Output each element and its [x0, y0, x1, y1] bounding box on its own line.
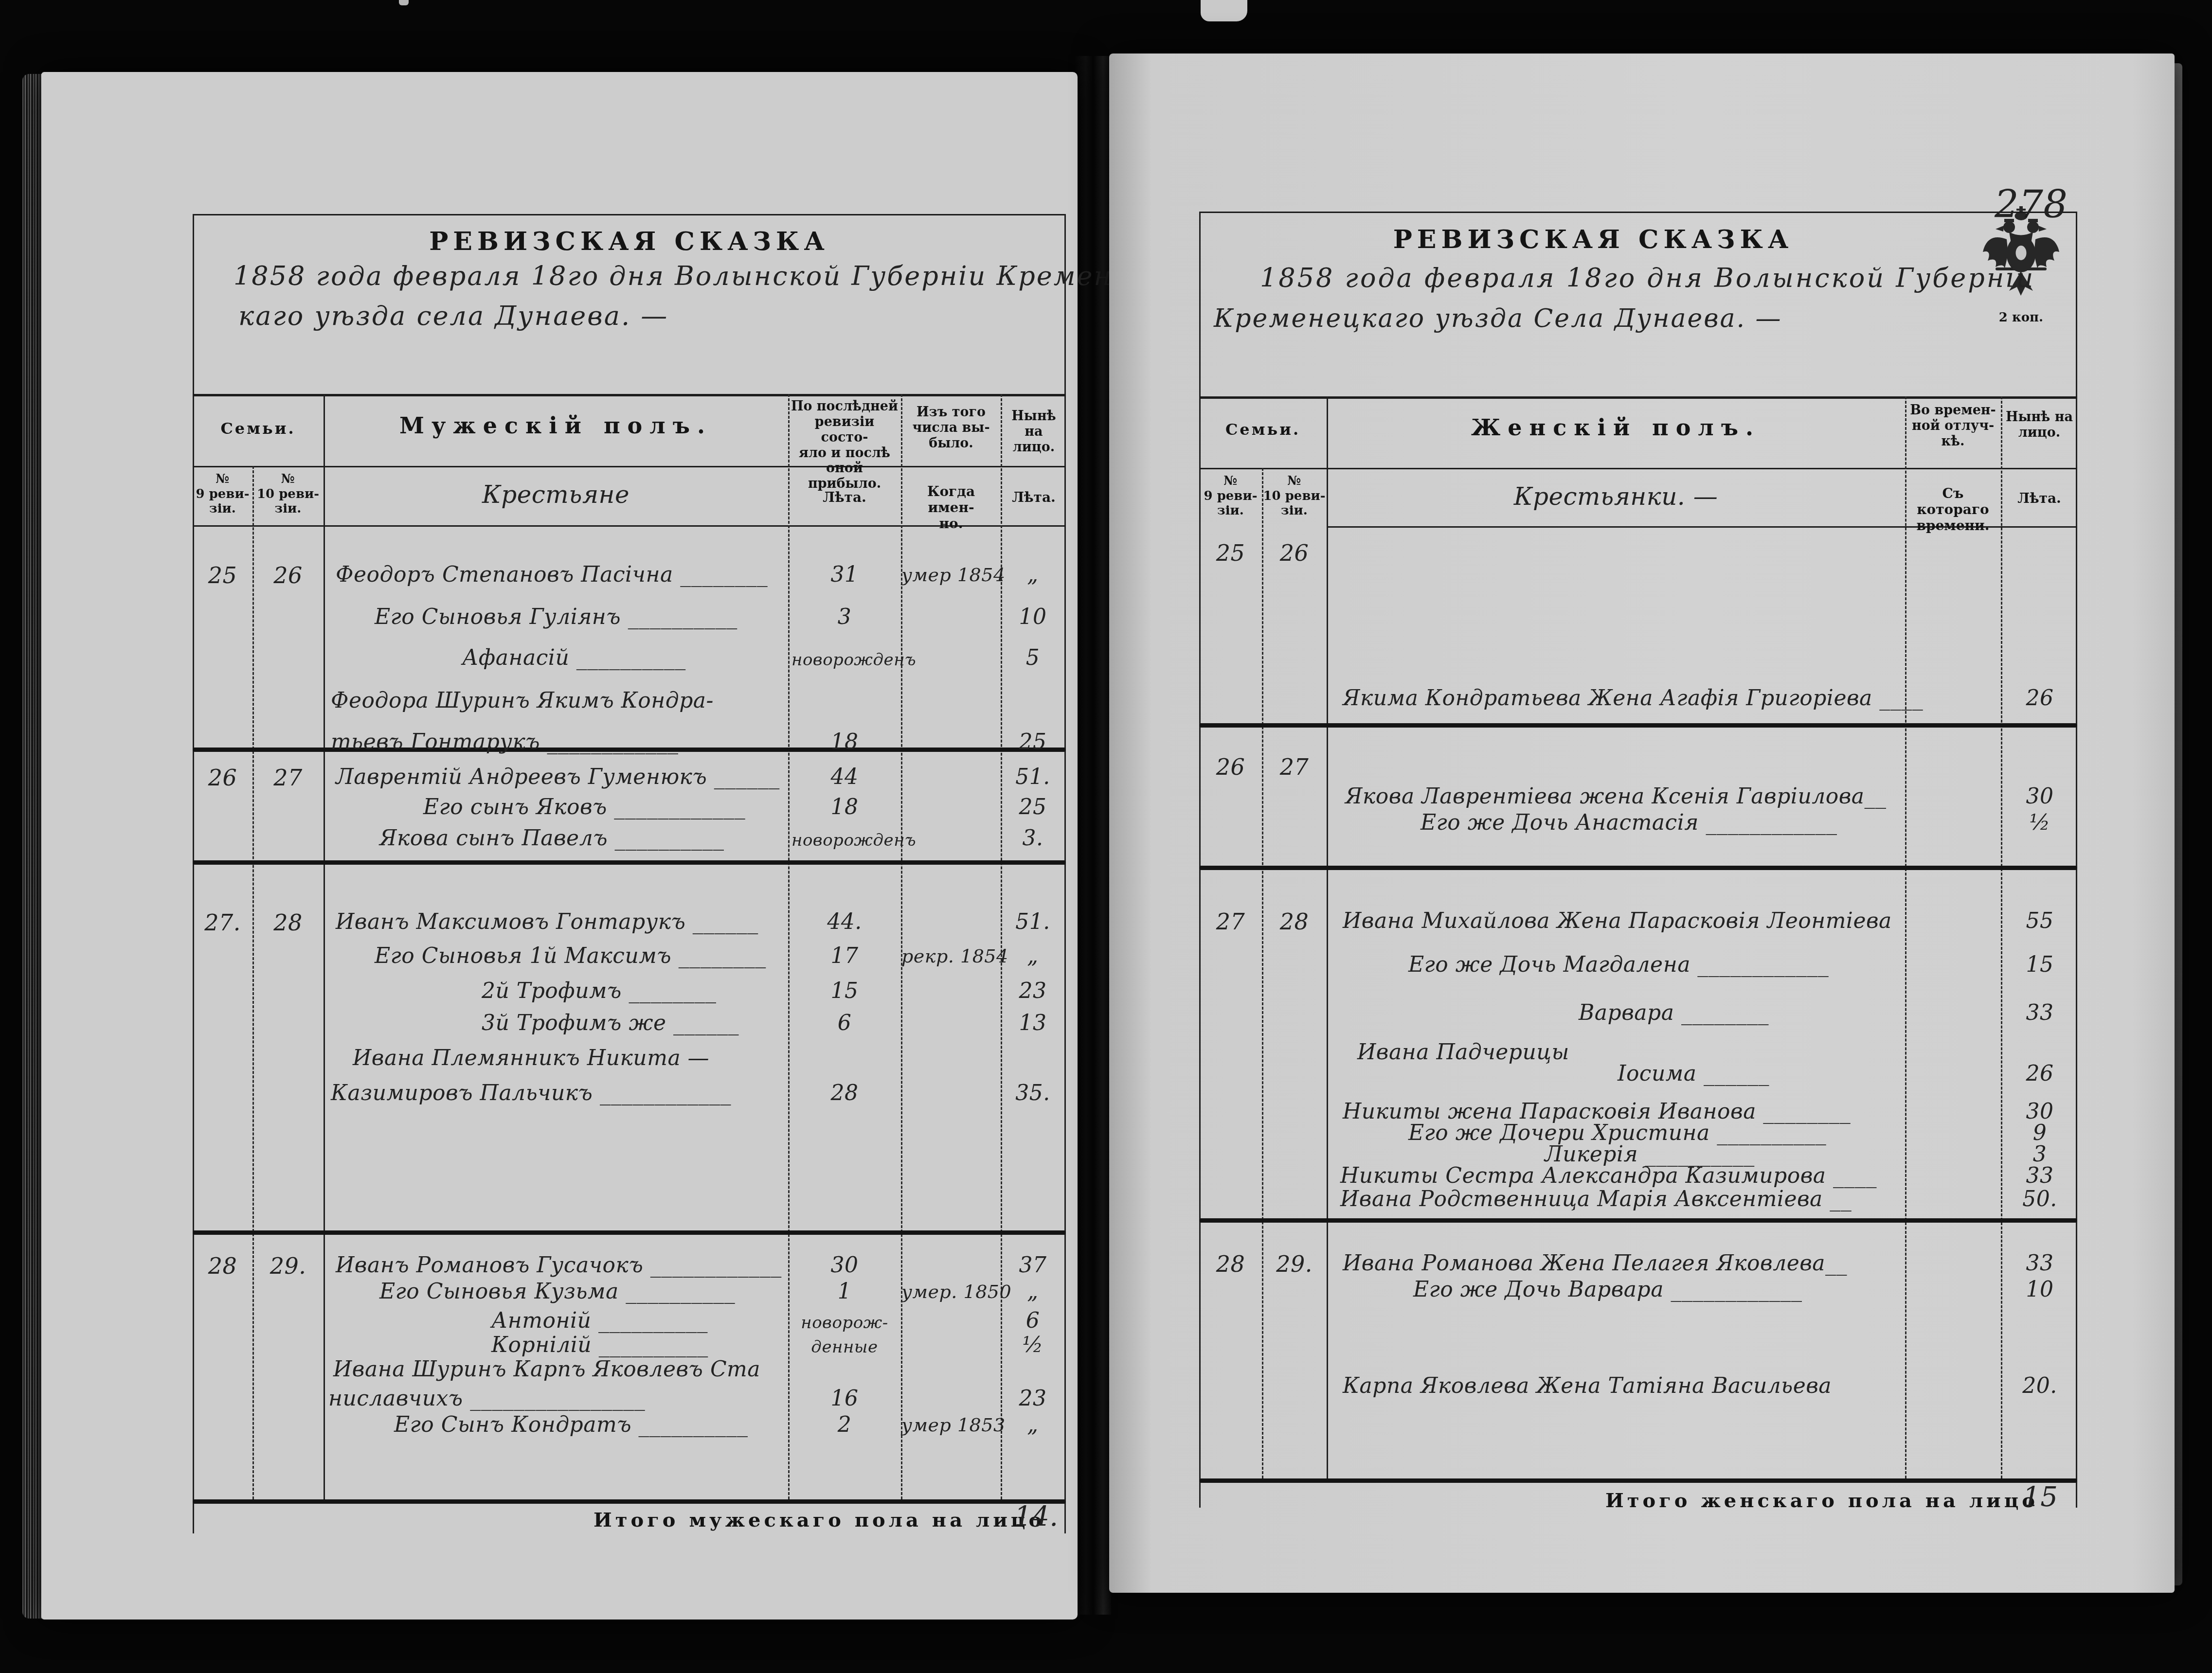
- age-now: „: [1002, 1279, 1064, 1304]
- person-name: Якова Лаврентіева жена Ксенія Гавріилова…: [1345, 784, 1887, 809]
- person-name: Его же Дочь Магдалена ____________: [1408, 952, 1829, 977]
- column-header-sex: Мужескій полъ.: [324, 412, 788, 439]
- heading-line: каго уѣзда села Дунаева. —: [238, 301, 668, 331]
- subheader-years: Лѣта.: [2003, 490, 2075, 506]
- column-header-rev9: № 9 реви- зіи.: [1199, 474, 1262, 518]
- person-name: Якима Кондратьева Жена Агафія Григоріева…: [1343, 686, 1923, 711]
- person-name: тьевъ Гонтарукъ ____________: [331, 730, 678, 754]
- age-now: 51.: [1002, 765, 1064, 789]
- subheader-years: Лѣта.: [791, 489, 899, 505]
- table-row: Варвара ________ 33: [1109, 1000, 2175, 1035]
- age-now: 10: [1002, 605, 1064, 629]
- table-bottom-border: [193, 1499, 1066, 1504]
- age-now: 6: [1002, 1308, 1064, 1333]
- stamp-caption: 2 коп.: [1981, 310, 2061, 325]
- page-title: РЕВИЗСКАЯ СКАЗКА: [193, 227, 1066, 256]
- totals-value: 15: [2023, 1481, 2058, 1513]
- person-name: Карпа Яковлева Жена Татіяна Васильева: [1343, 1373, 1832, 1398]
- table-row: тьевъ Гонтарукъ ____________ 18 25: [41, 730, 1078, 765]
- age-now: 25: [1002, 795, 1064, 819]
- subheader-since-when: Съ котораго времени.: [1907, 485, 1998, 534]
- fore-edge-left: [22, 74, 43, 1619]
- person-name: Корнілій __________: [491, 1333, 708, 1357]
- person-name: Феодоръ Степановъ Пасічна ________: [336, 562, 768, 587]
- age-last-revision: 44.: [791, 909, 898, 934]
- column-header-departed: Изъ того числа вы- было.: [903, 405, 999, 451]
- age-now: 23: [1002, 1386, 1064, 1411]
- age-now: 13: [1002, 1011, 1064, 1035]
- heading-line: 1858 года февраля 18го дня Волынской Губ…: [1260, 263, 2035, 293]
- person-name: Его Сыновья Кузьма __________: [379, 1279, 735, 1304]
- age-last-revision: 28: [791, 1081, 898, 1105]
- table-row: Его сынъ Яковъ ____________ 18 25: [41, 795, 1078, 830]
- heading-line: Кременецкаго уѣзда Села Дунаева. —: [1214, 304, 1782, 333]
- frame-left-border: [1199, 212, 1201, 1508]
- table-row: Его же Дочь Анастасія ____________ ½: [1109, 810, 2175, 845]
- age-last-revision: 31: [791, 562, 898, 587]
- person-name: Антоній __________: [491, 1308, 708, 1333]
- heading-line: 1858 года февраля 18го дня Волынской Губ…: [234, 261, 1160, 291]
- age-last-revision: 17: [791, 943, 898, 968]
- age-last-revision: 2: [791, 1412, 898, 1437]
- paper-speck-top-left: [399, 0, 409, 5]
- person-name: Феодора Шуринъ Якимъ Кондра-: [331, 688, 714, 713]
- table-row: 2й Трофимъ ________ 15 23: [41, 979, 1078, 1014]
- person-name: Ивана Шуринъ Карпъ Яковлевъ Ста: [333, 1357, 760, 1382]
- right-page-female-census: 278 2 коп. РЕВИЗСКАЯ СКАЗКА 1858 года фе…: [1109, 53, 2175, 1593]
- age-now: 25: [1002, 730, 1064, 754]
- page-title: РЕВИЗСКАЯ СКАЗКА: [1199, 225, 1987, 254]
- table-row: Іосима ______ 26: [1109, 1061, 2175, 1096]
- family-number-10th: 26: [1263, 540, 1325, 566]
- table-row: Афанасій __________ новорожденъ 5: [41, 645, 1078, 680]
- column-header-family: Семьи.: [193, 419, 324, 438]
- age-last-revision: 18: [791, 795, 898, 819]
- totals-label: Итого женскаго пола на лицо: [1605, 1489, 2038, 1512]
- age-now: 3.: [1002, 826, 1064, 851]
- person-name: Ивана Романова Жена Пелагея Яковлева__: [1343, 1251, 1847, 1276]
- person-name: Его Сынъ Кондратъ __________: [394, 1412, 748, 1437]
- table-bottom-border: [1199, 1478, 2077, 1483]
- age-now: 50.: [2004, 1187, 2075, 1211]
- age-now: 20.: [2004, 1373, 2075, 1398]
- totals-value: 14.: [1014, 1501, 1059, 1532]
- age-last-revision: новорож-: [791, 1313, 898, 1333]
- table-row: Феодоръ Степановъ Пасічна ________ 31 ум…: [41, 562, 1078, 597]
- age-last-revision: новорожденъ: [791, 831, 898, 850]
- column-header-now-present: Нынѣ на лицо.: [2003, 409, 2075, 441]
- age-now: „: [1002, 943, 1064, 968]
- age-last-revision: 16: [791, 1386, 898, 1411]
- age-now: ½: [2004, 810, 2075, 835]
- age-now: 37: [1002, 1253, 1064, 1278]
- person-name: Казимировъ Пальчикъ ____________: [331, 1081, 731, 1105]
- table-row: Якова сынъ Павелъ __________ новорожденъ…: [41, 826, 1078, 861]
- column-header-rev9: № 9 реви- зіи.: [193, 472, 252, 516]
- departure-note: умер. 1850: [901, 1281, 1000, 1302]
- frame-top-rule: [1199, 212, 2077, 213]
- age-now: 33: [2004, 1000, 2075, 1025]
- person-name: Его сынъ Яковъ ____________: [423, 795, 745, 819]
- column-header-temp-absence: Во времен- ной отлуч- кѣ.: [1907, 403, 1998, 449]
- age-now: 33: [2004, 1251, 2075, 1276]
- person-name: Иванъ Максимовъ Гонтарукъ ______: [336, 909, 758, 934]
- frame-right-border: [2076, 212, 2077, 1508]
- age-last-revision: 1: [791, 1279, 898, 1304]
- age-last-revision: 18: [791, 730, 898, 754]
- age-now: 23: [1002, 979, 1064, 1003]
- age-now: 5: [1002, 645, 1064, 670]
- age-now: 33: [2004, 1163, 2075, 1188]
- left-page-male-census: РЕВИЗСКАЯ СКАЗКА 1858 года февраля 18го …: [41, 72, 1078, 1620]
- person-name: 2й Трофимъ ________: [482, 979, 716, 1003]
- family-divider: [193, 860, 1066, 865]
- age-now: 15: [2004, 952, 2075, 977]
- age-last-revision: 3: [791, 605, 898, 629]
- person-name: Никиты Сестра Александра Казимирова ____: [1340, 1163, 1877, 1188]
- subheader-when: Когда имен- но.: [903, 483, 999, 532]
- totals-label: Итого мужескаго пола на лицо: [593, 1509, 1045, 1531]
- age-now: 35.: [1002, 1081, 1064, 1105]
- age-now: 30: [2004, 784, 2075, 809]
- age-now: „: [1002, 562, 1064, 587]
- estate-class-label: Крестьяне: [324, 481, 788, 509]
- table-header-top-border: [1199, 396, 2077, 399]
- person-name: Лаврентій Андреевъ Гуменюкъ ______: [336, 765, 780, 789]
- age-now: ½: [1002, 1333, 1064, 1357]
- paper-speck-top-center: [1201, 0, 1247, 21]
- age-now: 51.: [1002, 909, 1064, 934]
- departure-note: умер 1853: [901, 1414, 1000, 1436]
- person-name: Іосима ______: [1618, 1061, 1769, 1086]
- age-now: 26: [2004, 686, 2075, 711]
- family-number-9th: 25: [1201, 540, 1260, 566]
- person-name: Ивана Михайлова Жена Парасковія Леонтіев…: [1343, 908, 1892, 933]
- family-divider: [193, 1230, 1066, 1235]
- column-header-family: Семьи.: [1199, 420, 1327, 439]
- age-now: 10: [2004, 1277, 2075, 1302]
- person-name: Его Сыновья Гуліянъ __________: [375, 605, 737, 629]
- column-header-now-present: Нынѣ на лицо.: [1003, 409, 1064, 455]
- family-number-9th: 26: [1201, 754, 1260, 780]
- age-now: 55: [2004, 908, 2075, 933]
- person-name: Ивана Родственница Марія Авксентіева __: [1340, 1187, 1852, 1211]
- table-row: Карпа Яковлева Жена Татіяна Васильева 20…: [1109, 1373, 2175, 1408]
- age-last-revision: 6: [791, 1011, 898, 1035]
- person-name: Ивана Племянникъ Никита —: [353, 1046, 709, 1070]
- table-row: Его же Дочь Магдалена ____________ 15: [1109, 952, 2175, 987]
- person-name: Афанасій __________: [462, 645, 686, 670]
- table-row: Его Сынъ Кондратъ __________ 2 умер 1853…: [41, 1412, 1078, 1447]
- departure-note: умер 1854: [901, 564, 1000, 586]
- estate-class-label: Крестьянки. —: [1327, 482, 1905, 511]
- table-row: Ивана Родственница Марія Авксентіева __ …: [1109, 1187, 2175, 1222]
- age-last-revision: денные: [791, 1337, 898, 1357]
- table-row: Его же Дочь Варвара ____________ 10: [1109, 1277, 2175, 1312]
- person-name: Его Сыновья 1й Максимъ ________: [375, 943, 766, 968]
- person-name: Якова сынъ Павелъ __________: [379, 826, 724, 851]
- person-name: Иванъ Романовъ Гусачокъ ____________: [336, 1253, 782, 1278]
- subheader-years: Лѣта.: [1003, 489, 1064, 505]
- family-divider: [1199, 723, 2077, 728]
- departure-note: рекр. 1854: [901, 945, 1000, 967]
- column-header-rev10: № 10 реви- зіи.: [1262, 474, 1327, 518]
- table-row: 3й Трофимъ же ______ 6 13: [41, 1011, 1078, 1046]
- scanned-book-spread: РЕВИЗСКАЯ СКАЗКА 1858 года февраля 18го …: [0, 0, 2212, 1673]
- person-name: ниславчихъ ________________: [328, 1386, 645, 1411]
- table-row: Его Сыновья 1й Максимъ ________ 17 рекр.…: [41, 943, 1078, 979]
- age-last-revision: 15: [791, 979, 898, 1003]
- person-name: Варвара ________: [1579, 1000, 1769, 1025]
- table-row: Феодора Шуринъ Якимъ Кондра-: [41, 688, 1078, 723]
- person-name: 3й Трофимъ же ______: [482, 1011, 739, 1035]
- age-last-revision: 44: [791, 765, 898, 789]
- table-row: Якима Кондратьева Жена Агафія Григоріева…: [1109, 686, 2175, 721]
- family-divider: [1199, 866, 2077, 870]
- table-row: Его Сыновья Гуліянъ __________ 3 10: [41, 605, 1078, 640]
- frame-top-rule: [193, 214, 1066, 215]
- person-name: Его же Дочь Анастасія ____________: [1421, 810, 1837, 835]
- column-header-rev10: № 10 реви- зіи.: [252, 472, 324, 516]
- age-now: 26: [2004, 1061, 2075, 1086]
- age-last-revision: 30: [791, 1253, 898, 1278]
- table-row: Иванъ Максимовъ Гонтарукъ ______ 44. 51.: [41, 909, 1078, 944]
- age-now: „: [1002, 1412, 1064, 1437]
- family-number-10th: 27: [1263, 754, 1325, 780]
- column-header-sex: Женскій полъ.: [1327, 414, 1905, 441]
- table-row: Ивана Племянникъ Никита —: [41, 1046, 1078, 1081]
- column-header-last-revision: По послѣдней ревизіи состо- яло и послѣ …: [791, 399, 899, 492]
- person-name: Его же Дочь Варвара ____________: [1413, 1277, 1802, 1302]
- table-row: Казимировъ Пальчикъ ____________ 28 35.: [41, 1081, 1078, 1116]
- table-row: Ивана Михайлова Жена Парасковія Леонтіев…: [1109, 908, 2175, 943]
- age-last-revision: новорожденъ: [791, 650, 898, 670]
- table-header-mid-border: [1199, 468, 2077, 469]
